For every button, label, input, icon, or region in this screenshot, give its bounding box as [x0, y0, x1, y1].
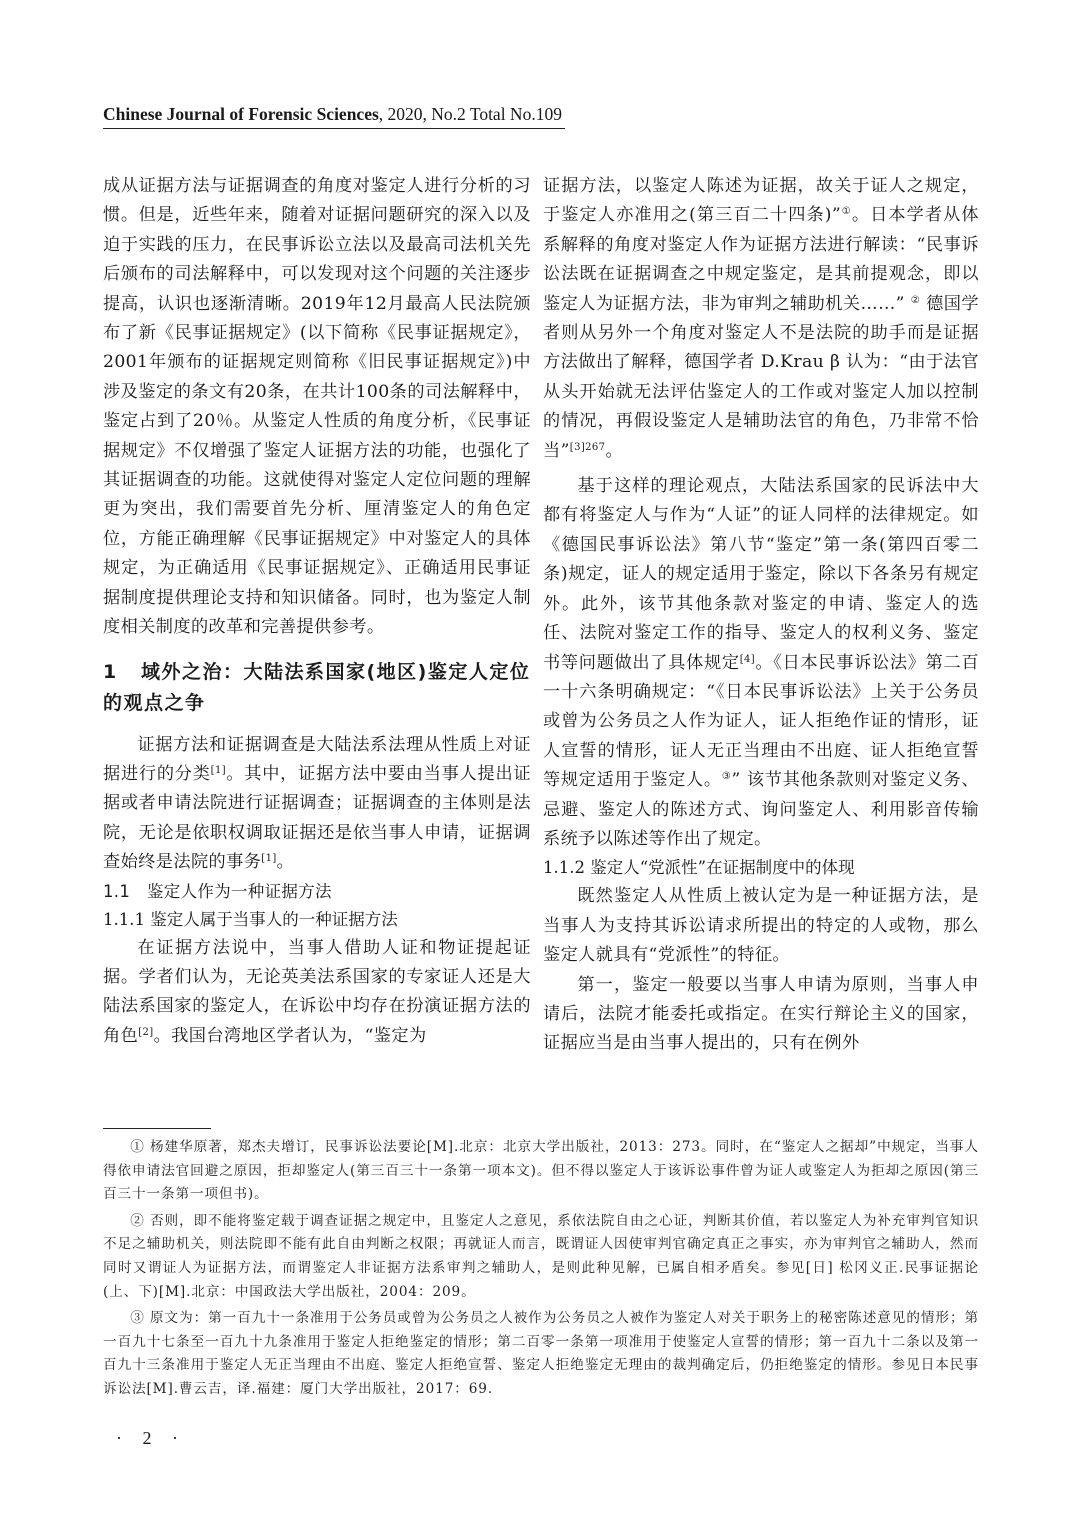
footnotes: ① 杨建华原著，郑杰夫增订，民事诉讼法要论[M].北京：北京大学出版社，2013… [103, 1136, 979, 1405]
journal-name: Chinese Journal of Forensic Sciences [103, 104, 379, 124]
citation-ref[interactable]: [2] [138, 1027, 153, 1038]
footnote-3: ③ 原文为：第一百九十一条准用于公务员或曾为公务员之人被作为公务员之人被作为鉴定… [103, 1307, 979, 1401]
section-heading-1-1-2: 1.1.2 鉴定人“党派性”在证据制度中的体现 [543, 854, 979, 882]
paragraph: 证据方法和证据调查是大陆法系法理从性质上对证据进行的分类[1]。其中，证据方法中… [103, 731, 531, 878]
section-heading-1-1-1: 1.1.1 鉴定人属于当事人的一种证据方法 [103, 906, 531, 934]
section-heading-1: 1域外之治：大陆法系国家(地区)鉴定人定位的观点之争 [103, 657, 531, 719]
paragraph: 成从证据方法与证据调查的角度对鉴定人进行分析的习惯。但是，近些年来，随着对证据问… [103, 172, 531, 643]
left-column: 成从证据方法与证据调查的角度对鉴定人进行分析的习惯。但是，近些年来，随着对证据问… [103, 172, 531, 1051]
issue-info: , 2020, No.2 Total No.109 [379, 104, 562, 124]
section-heading-1-1: 1.1鉴定人作为一种证据方法 [103, 878, 531, 906]
right-column: 证据方法，以鉴定人陈述为证据，故关于证人之规定，于鉴定人亦准用之(第三百二十四条… [543, 172, 979, 1059]
paragraph: 证据方法，以鉴定人陈述为证据，故关于证人之规定，于鉴定人亦准用之(第三百二十四条… [543, 172, 979, 466]
running-header: Chinese Journal of Forensic Sciences, 20… [103, 104, 565, 129]
section-number: 1.1 [103, 878, 147, 906]
citation-ref[interactable]: [1] [211, 765, 226, 776]
section-title: 鉴定人作为一种证据方法 [147, 882, 332, 901]
footnote-marker[interactable]: ② [911, 295, 920, 306]
page-number: · 2 · [116, 1428, 186, 1449]
footnote-2: ② 否则，即不能将鉴定载于调查证据之规定中，且鉴定人之意见，系依法院自由之心证，… [103, 1210, 979, 1304]
footnote-marker[interactable]: ① [841, 206, 852, 217]
citation-ref[interactable]: [4] [740, 654, 755, 665]
footnote-1: ① 杨建华原著，郑杰夫增订，民事诉讼法要论[M].北京：北京大学出版社，2013… [103, 1136, 979, 1207]
paragraph: 基于这样的理论观点，大陆法系国家的民诉法中大都有将鉴定人与作为“人证”的证人同样… [543, 472, 979, 854]
citation-ref[interactable]: [1] [261, 853, 276, 864]
section-number: 1 [103, 657, 141, 688]
paragraph: 在证据方法说中，当事人借助人证和物证提起证据。学者们认为，无论英美法系国家的专家… [103, 934, 531, 1052]
section-title: 域外之治：大陆法系国家(地区)鉴定人定位的观点之争 [103, 661, 530, 714]
paragraph: 第一，鉴定一般要以当事人申请为原则，当事人申请后，法院才能委托或指定。在实行辩论… [543, 971, 979, 1059]
footnote-divider [103, 1128, 211, 1129]
citation-ref[interactable]: [3]267 [570, 442, 606, 453]
paragraph: 既然鉴定人从性质上被认定为是一种证据方法，是当事人为支持其诉讼请求所提出的特定的… [543, 882, 979, 970]
